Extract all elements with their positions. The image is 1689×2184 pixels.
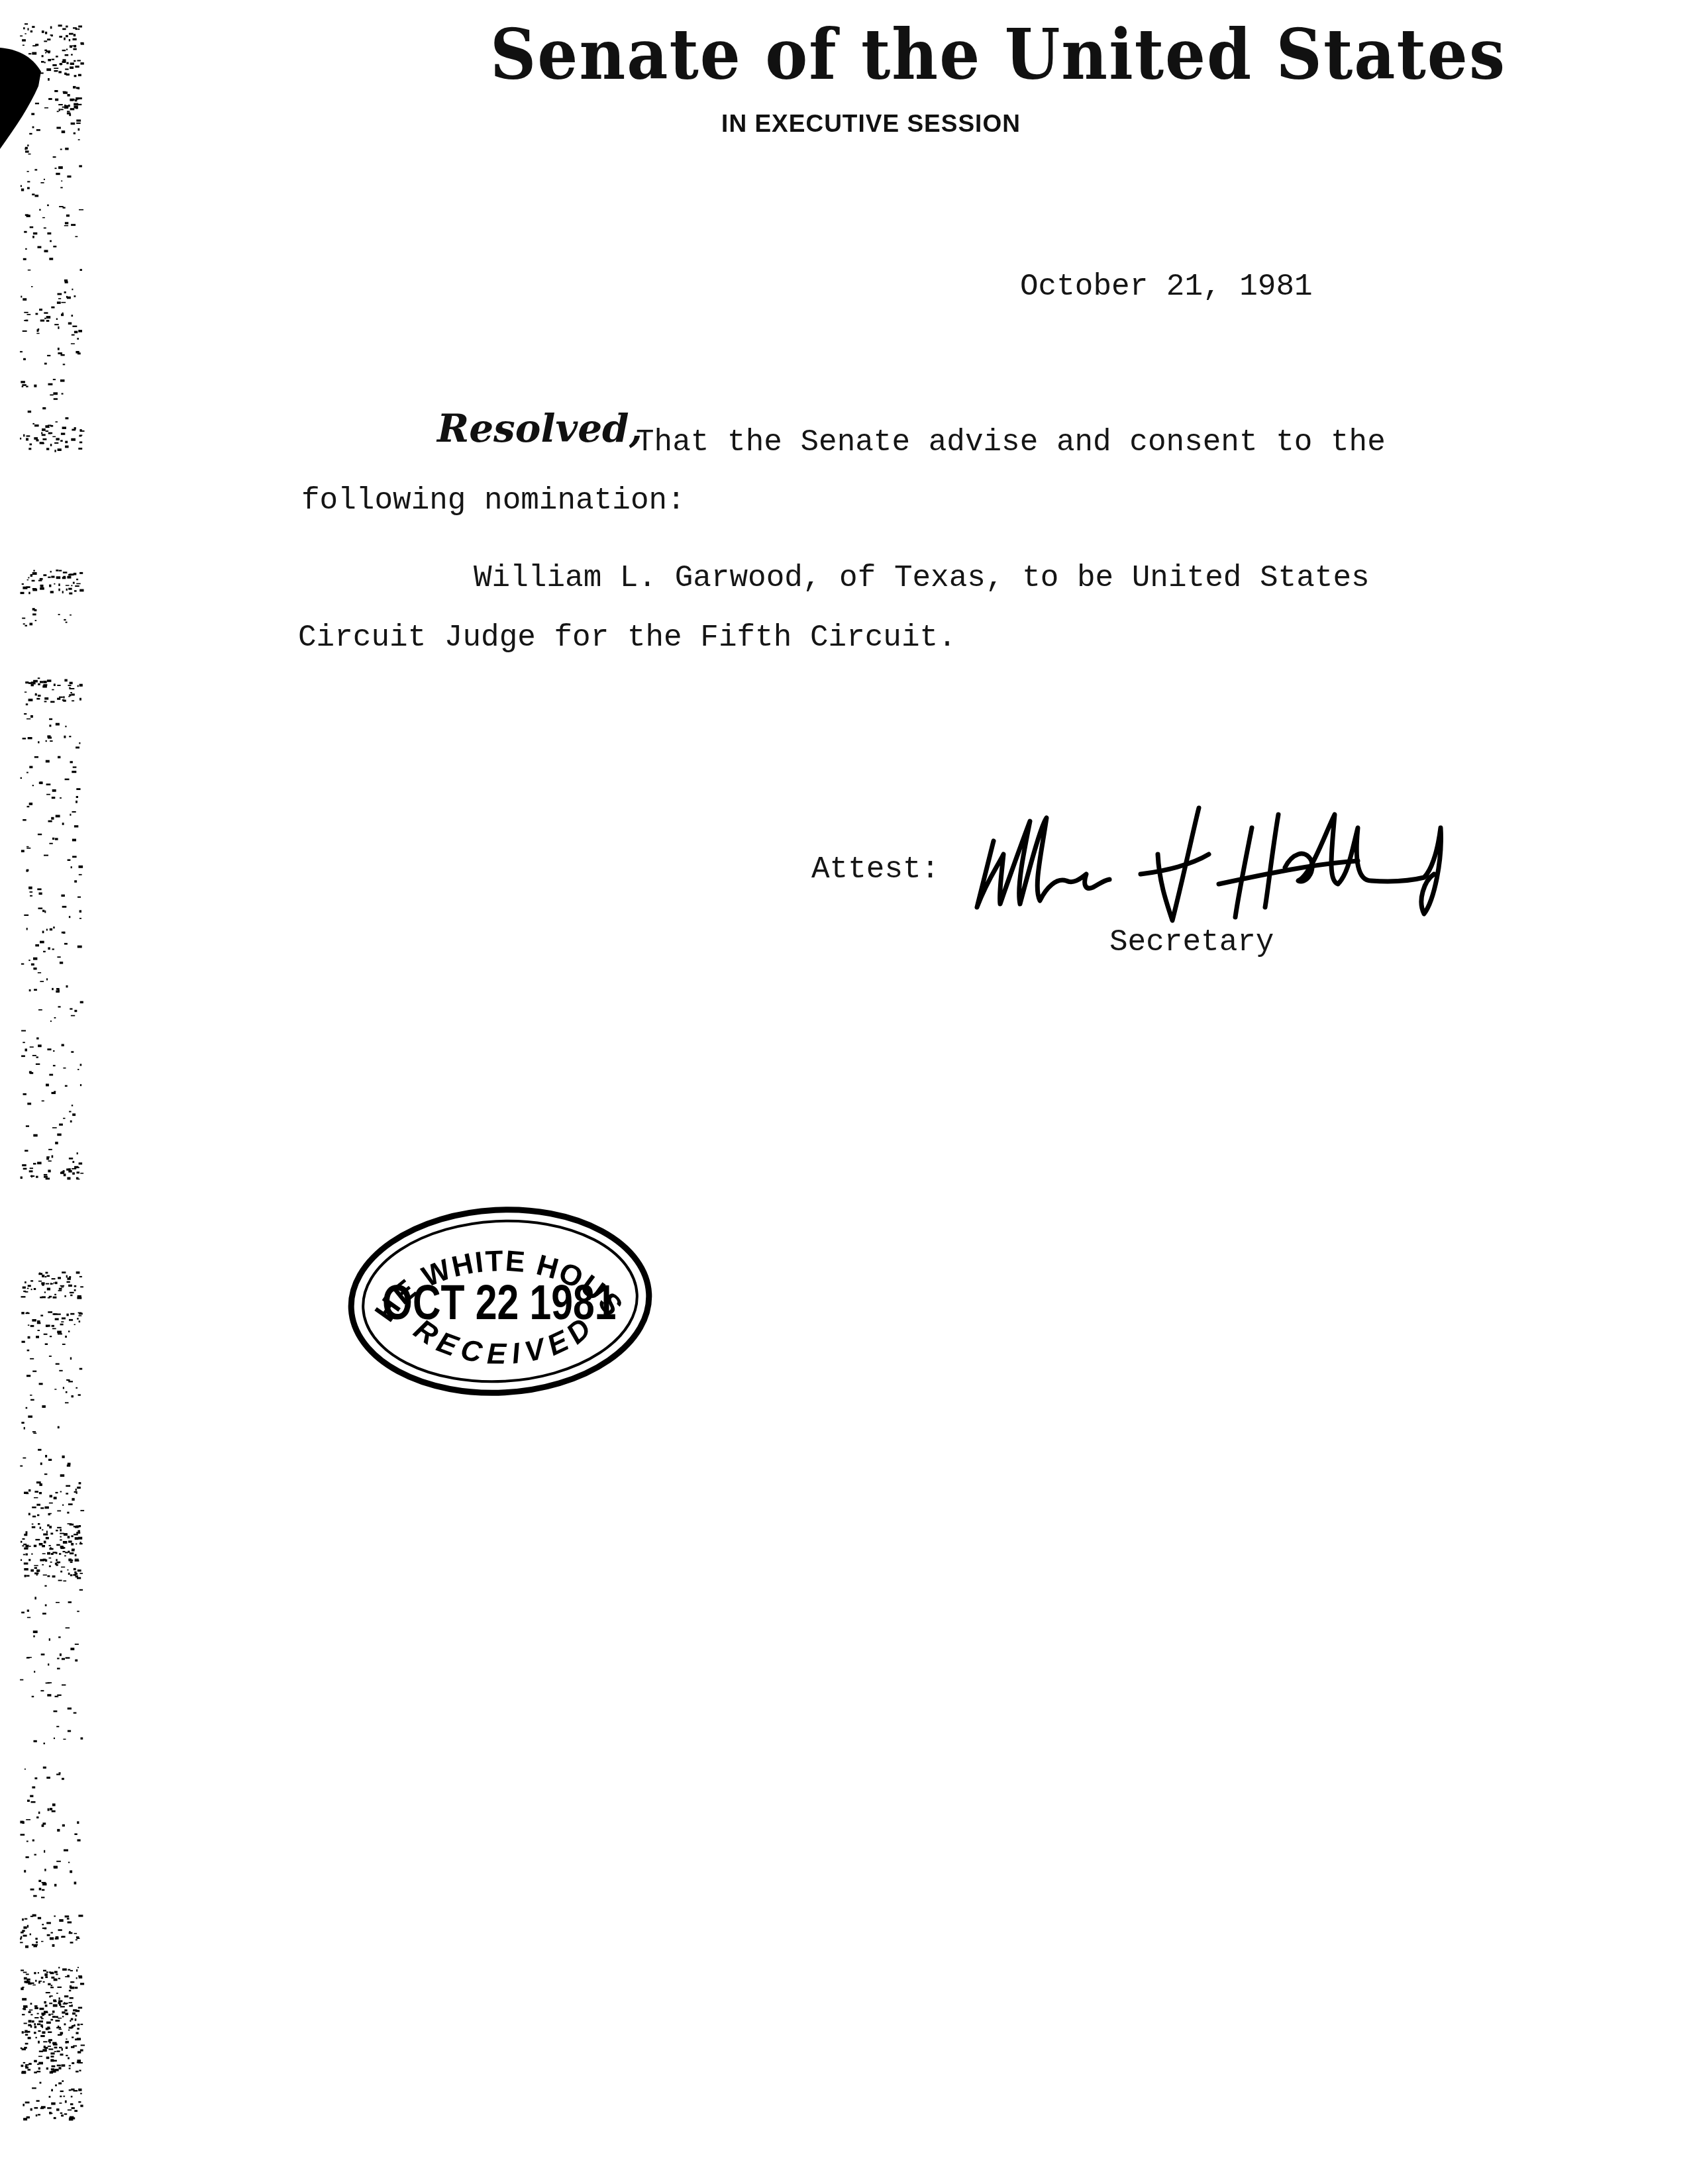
body-line-1: That the Senate advise and consent to th… <box>636 424 1386 461</box>
signature-icon: William F. Hildenbrand <box>967 801 1470 934</box>
body-line-2: following nomination: <box>301 482 686 519</box>
attest-label: Attest: <box>811 851 939 888</box>
letterhead-title: Senate of the United States <box>490 15 1252 95</box>
document-date: October 21, 1981 <box>1020 268 1313 305</box>
nominee-line: William L. Garwood, of Texas, to be Unit… <box>474 560 1370 597</box>
received-stamp: THE WHITE HOUSE OCT 22 1981 RECEIVED <box>338 1202 656 1401</box>
scan-artifact-binding-strip <box>0 0 132 2184</box>
resolved-heading: Resolved, <box>437 405 642 452</box>
signatory-title: Secretary <box>1109 924 1274 961</box>
position-line: Circuit Judge for the Fifth Circuit. <box>298 619 956 656</box>
letterhead-subtitle: IN EXECUTIVE SESSION <box>702 109 1040 138</box>
